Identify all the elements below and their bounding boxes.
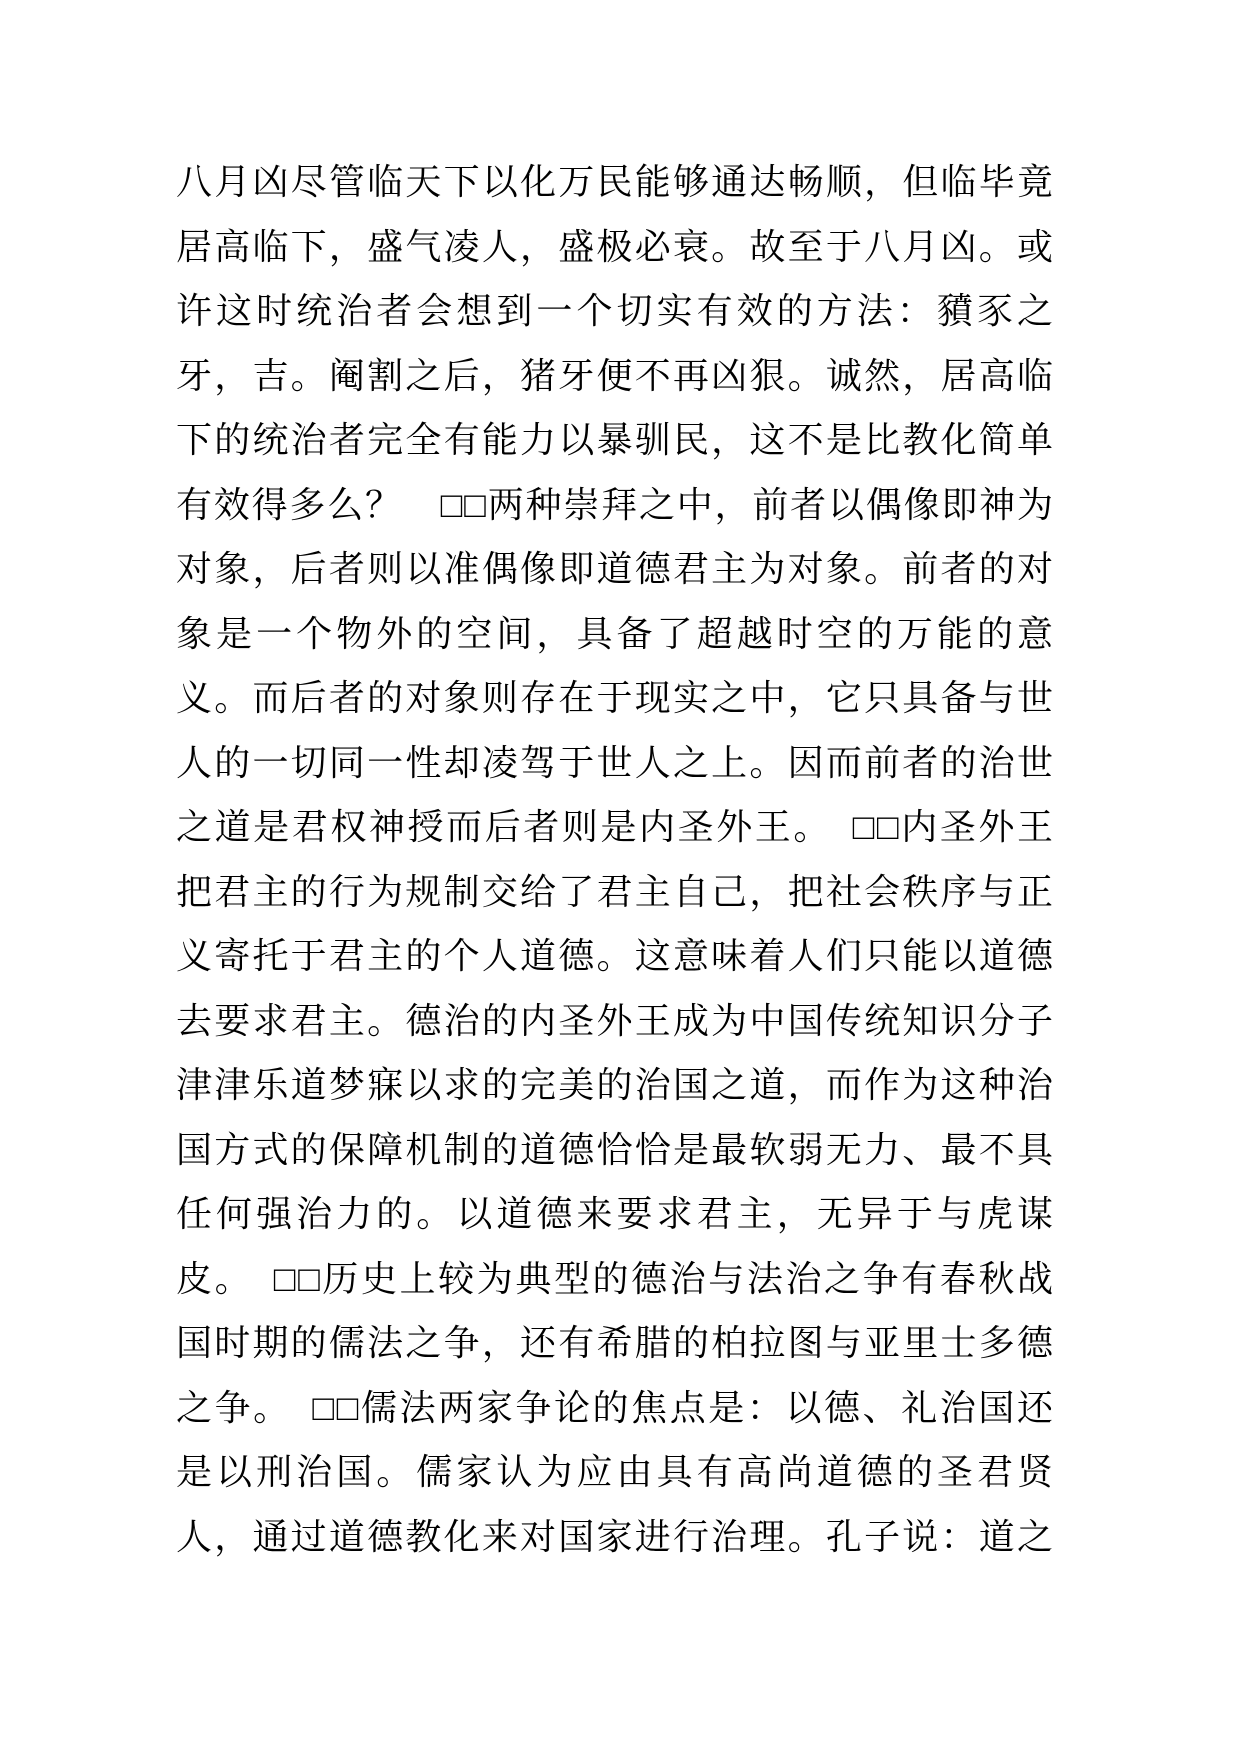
text-line: 皮。 □□历史上较为典型的德治与法治之争有春秋战 <box>176 1247 1053 1312</box>
text-line: 国时期的儒法之争，还有希腊的柏拉图与亚里士多德 <box>176 1311 1053 1376</box>
text-line: 国方式的保障机制的道德恰恰是最软弱无力、最不具 <box>176 1118 1053 1183</box>
text-line: 津津乐道梦寐以求的完美的治国之道，而作为这种治 <box>176 1053 1053 1118</box>
text-line: 人的一切同一性却凌驾于世人之上。因而前者的治世 <box>176 731 1053 796</box>
text-line: 人，通过道德教化来对国家进行治理。孔子说：道之 <box>176 1505 1053 1570</box>
text-line: 之争。 □□儒法两家争论的焦点是：以德、礼治国还 <box>176 1376 1053 1441</box>
text-line: 有效得多么？ □□两种崇拜之中，前者以偶像即神为 <box>176 473 1053 538</box>
text-line: 义。而后者的对象则存在于现实之中，它只具备与世 <box>176 666 1053 731</box>
text-line: 象是一个物外的空间，具备了超越时空的万能的意 <box>176 602 1053 667</box>
text-line: 是以刑治国。儒家认为应由具有高尚道德的圣君贤 <box>176 1440 1053 1505</box>
text-line: 八月凶尽管临天下以化万民能够通达畅顺，但临毕竟 <box>176 150 1053 215</box>
text-line: 居高临下，盛气凌人，盛极必衰。故至于八月凶。或 <box>176 215 1053 280</box>
text-line: 对象，后者则以准偶像即道德君主为对象。前者的对 <box>176 537 1053 602</box>
text-line: 之道是君权神授而后者则是内圣外王。 □□内圣外王 <box>176 795 1053 860</box>
text-line: 牙，吉。阉割之后，猪牙便不再凶狠。诚然，居高临 <box>176 344 1053 409</box>
text-line: 义寄托于君主的个人道德。这意味着人们只能以道德 <box>176 924 1053 989</box>
text-line: 许这时统治者会想到一个切实有效的方法：豶豕之 <box>176 279 1053 344</box>
text-line: 把君主的行为规制交给了君主自己，把社会秩序与正 <box>176 860 1053 925</box>
text-line: 任何强治力的。以道德来要求君主，无异于与虎谋 <box>176 1182 1053 1247</box>
text-line: 下的统治者完全有能力以暴驯民，这不是比教化简单 <box>176 408 1053 473</box>
body-text-block: 八月凶尽管临天下以化万民能够通达畅顺，但临毕竟 居高临下，盛气凌人，盛极必衰。故… <box>176 150 1053 1569</box>
text-line: 去要求君主。德治的内圣外王成为中国传统知识分子 <box>176 989 1053 1054</box>
document-page: 八月凶尽管临天下以化万民能够通达畅顺，但临毕竟 居高临下，盛气凌人，盛极必衰。故… <box>0 0 1240 1753</box>
